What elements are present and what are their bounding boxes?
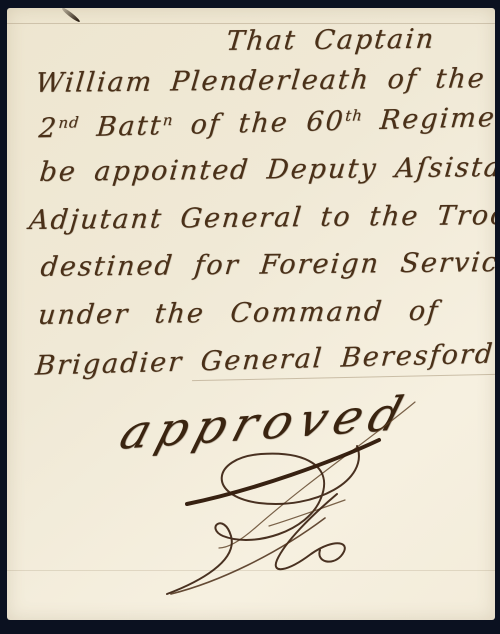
manuscript-line: under the Command of bbox=[37, 296, 441, 331]
line-text: be appointed Deputy Aſsistant bbox=[38, 152, 495, 188]
line-text: Brigadier General Beresford. bbox=[34, 338, 495, 381]
manuscript-line: That Captain bbox=[225, 24, 437, 57]
line-text: That Captain bbox=[225, 24, 437, 57]
manuscript-line: Adjutant General to the Troops bbox=[28, 200, 495, 236]
line-text: of the 60 bbox=[172, 106, 346, 141]
signature-cypher-flourish bbox=[127, 396, 427, 616]
line-text: destined for Foreign Service bbox=[39, 247, 495, 283]
superscript-text: nd bbox=[58, 113, 81, 132]
line-text: under the Command of bbox=[37, 296, 441, 331]
photo-frame: That CaptainWilliam Plenderleath of the2… bbox=[0, 0, 500, 634]
manuscript-line: William Plenderleath of the bbox=[34, 63, 487, 99]
manuscript-page: That CaptainWilliam Plenderleath of the2… bbox=[7, 8, 495, 620]
line-text: William Plenderleath of the bbox=[34, 63, 487, 99]
line-text: Batt bbox=[78, 110, 164, 143]
superscript-text: th bbox=[345, 106, 364, 124]
manuscript-line: be appointed Deputy Aſsistant bbox=[38, 152, 495, 188]
manuscript-line: destined for Foreign Service bbox=[39, 247, 495, 283]
line-text: 2 bbox=[38, 113, 60, 144]
line-text: Adjutant General to the Troops bbox=[28, 200, 495, 236]
manuscript-line: Brigadier General Beresford. bbox=[34, 338, 495, 381]
manuscript-line: 2nd Battn of the 60th Regiment bbox=[38, 101, 495, 144]
line-text: Regiment bbox=[361, 101, 495, 136]
